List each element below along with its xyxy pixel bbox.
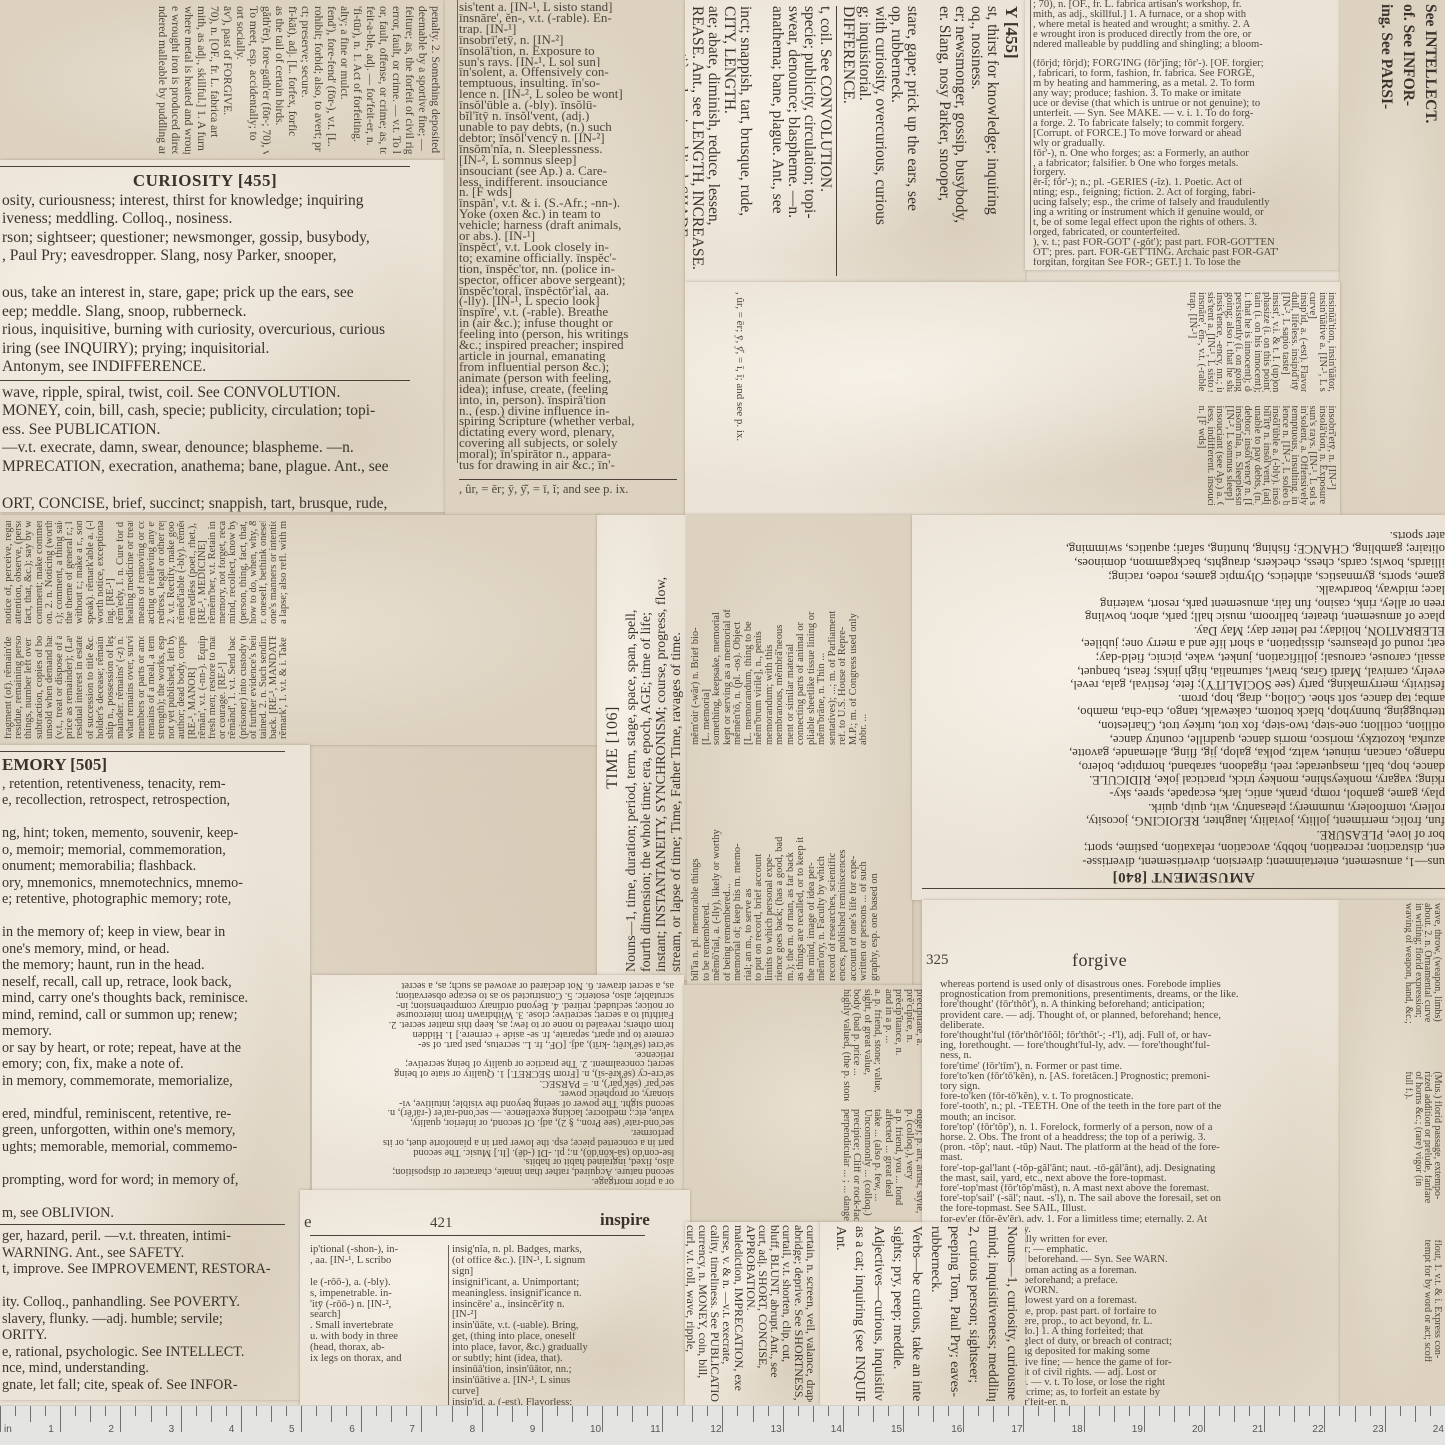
ruler-tick: [1219, 1406, 1220, 1416]
text-line: whereas portend is used only of disastro…: [940, 980, 1340, 990]
ruler-tick: [436, 1406, 437, 1416]
text-line: memorial of; keep his m. memo-: [733, 755, 744, 981]
text-line: less, indifferent. insouciance: [1206, 406, 1215, 506]
text-line: animate (person with feeling,: [459, 373, 677, 384]
text-line: rĕm'edlĕss (poet., rhet.), aa.: [188, 521, 198, 624]
text-line: fact, that, &c.); say by way of: [24, 521, 34, 624]
text-line: Nouns—1, time, duration; period, term, s…: [624, 523, 639, 972]
text-line: or courage. [RE-¹]: [218, 636, 228, 739]
text-line: rience goes back; (has a good, bad: [775, 755, 786, 981]
text-line: bluff, BLUNT, abrupt. Ant., see: [769, 1225, 781, 1402]
time-entries: Nouns—1, time, duration; period, term, s…: [624, 523, 684, 972]
flourish-entries: wave, throw, (weapon, limbs)about. 2. n.…: [1342, 903, 1442, 1402]
text-line: curve]: [452, 1387, 652, 1398]
text-line: op, rubberneck.: [889, 6, 905, 276]
text-line: moral); īn'spirātor n., appara-: [459, 449, 677, 460]
text-line: assail, carouse, carousal; jollification…: [922, 651, 1445, 665]
ruler-tick: [1264, 1406, 1265, 1432]
text-line: insip'id, a. (-est). Flavorless;: [1299, 292, 1308, 392]
dictionary-collage: penalty. 2. Something depositeddeemable …: [0, 0, 1445, 1405]
text-line: members or parts or amount (the: [137, 636, 147, 739]
text-line: temptuous, insulting. in'so-: [1290, 406, 1299, 506]
pronunciation-footer: , ûr, = ēr; ȳ, ȳ̆, = ī, ĭ; and see p. ix…: [459, 483, 677, 496]
text-line: mĕmō'rĭal, a. (-lly), likely or worthy: [712, 755, 723, 981]
ruler-tick: [301, 1406, 302, 1432]
ruler-tick: [391, 1406, 392, 1422]
text-line: or notice; secluded; retired. 4. Beyond …: [316, 1000, 674, 1010]
text-line: fore'-top'mast (fōr'tŏp'măst), n. A mast…: [940, 1184, 1340, 1194]
text-line: also, fixed, ingrained habit or habits.: [316, 1157, 674, 1167]
text-line: Nouns—1, curiosity, curiousness;: [1002, 1226, 1021, 1401]
ruler-label: 3: [169, 1424, 175, 1435]
text-line: second nature. Acquired, rather than inn…: [316, 1166, 674, 1176]
text-line: game, sports, gymnastics, athletics, Oly…: [922, 569, 1445, 583]
text-line: Faithful to a secret; secretive; close. …: [316, 1010, 674, 1020]
text-line: acting or relieving any evil,: [147, 521, 157, 624]
text-line: sec'ond-rate' (see Pron., § 2), adj. Of …: [316, 1117, 674, 1127]
text-line: tterbugging, bunnyhop, black bottom, cak…: [922, 705, 1445, 719]
text-line: or abs.). [IN-¹]: [459, 231, 677, 242]
text-line: (of office &c.). [IN-¹, L signum: [452, 1256, 652, 1267]
text-line: tion, īnspĕc'tor, nn. (police in-: [459, 264, 677, 275]
ruler-label: 19: [1132, 1424, 1143, 1435]
text-line: nting; esp., feigning; fiction. 2. Act o…: [1033, 188, 1340, 198]
text-line: e, rational, psychologic. See INTELLECT.: [2, 1344, 310, 1361]
text-line: a forge. 2. To fabricate falsely; to com…: [1033, 119, 1340, 129]
text-line: (Mus.) florid passage, extempo-: [1432, 1071, 1442, 1233]
running-head: forgive: [1072, 950, 1127, 971]
text-line: sentatives); ...; m. of Parliament: [828, 519, 839, 745]
measuring-ruler: in 1234567891011121314151617181920212223…: [0, 1405, 1445, 1445]
text-line: wave, ripple, spiral, twist, coil. See C…: [2, 384, 422, 403]
text-line: on. 2. n. Noticing (worthy of: [45, 521, 55, 624]
ruler-tick: [286, 1406, 287, 1416]
secret-entries: or a prior mortgage.second nature. Acqui…: [316, 980, 674, 1186]
text-line: n., (esp.) divine influence in-: [459, 406, 677, 417]
text-line: se'cret (sē'krĕt; -krĭt), adj. [OF., fr.…: [316, 1039, 674, 1049]
text-line: spiring Scripture (whether verbal,: [459, 416, 677, 427]
text-line: mith, as adj., skillful.] 1. A furn: [194, 6, 207, 154]
text-line: insŏl'ūble a. (-bly). insŏlū-: [1271, 406, 1280, 506]
text-line: fōr'-), n. One who forges; as: a Formerl…: [1033, 149, 1340, 159]
ruler-tick: [196, 1406, 197, 1416]
text-line: īnspĕc'toral, īnspĕctōr'ial, aa.: [459, 286, 677, 297]
left-running-head: e: [304, 1212, 312, 1232]
text-line: mĕmĕn'tō, n. (pl. -os). Object: [733, 519, 744, 745]
running-head: inspire: [600, 1210, 650, 1230]
top-rule: [0, 751, 285, 752]
text-line: er; newsmonger, gossip, busybody,: [953, 6, 969, 276]
text-line: ater sports.: [922, 528, 1445, 542]
text-line: p. (colloq.), very: [904, 1109, 915, 1221]
ruler-tick: [888, 1406, 889, 1416]
text-line: īnsŏm'nĭa, n. Sleeplessness.: [459, 144, 677, 155]
text-line: peeping Tom, Paul Pry; eaves-: [945, 1226, 964, 1401]
text-line: emory; con, fix, make a note of.: [2, 1056, 310, 1073]
text-line: fore'thought'ful (fōr'thôt'fŏŏl; fōr'thô…: [940, 1031, 1340, 1041]
text-line: insnāre', ĕn-, v.t. (-rable). En-: [1197, 292, 1206, 392]
insipid-entries: insinūā'tion, insin'ūātor, nn.;insin'ūāt…: [746, 292, 1336, 505]
text-line: holder's decease; rĕmain'der: [96, 636, 106, 739]
ruler-tick: [1038, 1406, 1039, 1416]
ruler-tick: [90, 1406, 91, 1422]
text-line: ing a writing or instrument which if gen…: [1033, 208, 1340, 218]
text-line: rĕmĕm'ber, v.t. Retain in the: [208, 521, 218, 624]
text-line: not yet published, left by an: [167, 636, 177, 739]
text-line: fore'thought' (fōr'thôt'), n. A thinking…: [940, 1000, 1340, 1010]
text-line: of. See INFOR-: [1397, 4, 1419, 516]
ruler-label: 18: [1072, 1424, 1083, 1435]
text-line: insist', v.i. & t. I. (up)on: em-: [1271, 292, 1280, 392]
curiosity-rotated-text: Y [455] st, thirst for knowledge; inquir…: [685, 0, 1025, 282]
text-line: dance, hop, ball, masquerade; reel, riga…: [922, 759, 1445, 773]
ruler-tick: [0, 1406, 1, 1432]
text-line: get, (thing into place, oneself: [452, 1332, 652, 1343]
text-line: strength); the works, esp. those: [157, 636, 167, 739]
ruler-label: 10: [590, 1424, 601, 1435]
ruler-tick: [677, 1406, 678, 1416]
text-line: in memory, commemorate, memorialize,: [2, 1073, 310, 1090]
ruler-tick: [1084, 1406, 1085, 1432]
text-line: secret; concealment. 2. The practice or …: [316, 1059, 674, 1069]
text-line: cality, timeliness. See PUBLICATION: [709, 1225, 721, 1402]
ruler-tick: [346, 1406, 347, 1416]
text-line: sun's rays. [IN-¹, L sol sun]: [459, 57, 677, 68]
text-line: mainder. rĕmains' (-z) n. pl.: [116, 636, 126, 739]
text-line: [IN-², L somnus sleep]: [459, 155, 677, 166]
right-edge-rotated-page: See INTELLECT.of. See INFOR-ing. See PAR…: [1340, 0, 1445, 520]
text-line: bĭl'ĭtȳ n. īnsŏl'vent, (adj.): [459, 111, 677, 122]
ruler-tick: [1415, 1406, 1416, 1422]
ruler-tick: [918, 1406, 919, 1416]
text-line: phasize (i. on this point); main-: [1262, 292, 1271, 392]
section-rule: [0, 1224, 285, 1225]
text-line: ct; preserve; secure.: [298, 6, 311, 154]
ruler-tick: [421, 1406, 422, 1432]
text-line: ort socially.: [233, 6, 246, 154]
remainder-rotated-text: fragment (of). rĕmain'der n.residue, rem…: [0, 515, 600, 745]
text-line: stream, or lapse of time; Time, Father T…: [669, 523, 684, 972]
text-line: the theme of general r.; let it pass: [65, 521, 75, 624]
text-line: remains of a meal, a temple, one's: [147, 636, 157, 739]
text-line: deemable by a sportive fine; — hence: [415, 6, 428, 154]
text-line: specie; publicity, circulation; topi-: [802, 6, 818, 276]
text-line: insin'ūāte, v.t. (-uable). Bring,: [452, 1321, 652, 1332]
ruler-label: 9: [530, 1424, 536, 1435]
text-line: of succession to title &c. on: [86, 636, 96, 739]
text-line: bor of love, PLEASURE.: [922, 827, 1445, 841]
text-line: (-lly). [IN-¹, L specio look]: [459, 296, 677, 307]
text-line: mind; inquisitiveness; meddling.: [983, 1226, 1002, 1401]
curiosity-rotated-page: Y [455] st, thirst for knowledge; inquir…: [685, 0, 1025, 282]
text-line: trap. [IN-¹]: [1187, 292, 1196, 392]
ruler-tick: [722, 1406, 723, 1432]
ruler-tick: [572, 1406, 573, 1422]
text-line: a lapse; also refl. with me, him,: [279, 521, 289, 624]
nouns-curiosity-rotated-text: Nouns—1, curiosity, curiousness;mind; in…: [820, 1222, 1025, 1405]
text-line: debtor; īnsŏl'vencȳ n. [IN-²]: [459, 133, 677, 144]
text-line: in writing; florid expression;: [1413, 903, 1423, 1065]
text-line: error, fault, or crime. — v.t. To lose: [389, 6, 402, 154]
text-line: amba; tap dance, soft shoe. Colloq., dra…: [922, 691, 1445, 705]
text-line: back. [RE-¹, MANDATE]: [269, 636, 279, 739]
text-line: (v.t., treat or dispose of at low: [55, 636, 65, 739]
ruler-label: 7: [409, 1424, 415, 1435]
text-line: [754, 6, 770, 276]
text-line: [L. memorandum, thing to be: [744, 519, 755, 745]
ruler-tick: [1355, 1406, 1356, 1422]
text-line: t, be of some legal effect upon the righ…: [1033, 218, 1340, 228]
text-line: ORITY.: [2, 1327, 310, 1344]
text-line: to; examine officially. īnspĕc'-: [459, 253, 677, 264]
ruler-tick: [1129, 1406, 1130, 1416]
text-line: play, game, gambol, romp, prank, antic, …: [922, 786, 1445, 800]
ruler-tick: [1385, 1406, 1386, 1432]
ruler-tick: [1279, 1406, 1280, 1416]
text-line: article in journal, emanating: [459, 351, 677, 362]
ruler-tick: [1430, 1406, 1431, 1416]
text-line: [2, 809, 310, 826]
text-line: sun's rays. [IN-¹, L sol sun]: [1308, 406, 1317, 506]
text-line: ess. See PUBLICATION.: [2, 421, 422, 440]
ruler-tick: [30, 1406, 31, 1422]
ruler-tick: [241, 1406, 242, 1432]
text-line: green, unforgotten, within one's memory,: [2, 1122, 310, 1139]
ruler-tick: [798, 1406, 799, 1416]
text-line: iring (see INQUIRY); prying; inquisitori…: [2, 340, 422, 359]
column-rule: [457, 0, 458, 463]
text-line: penalty. 2. Something deposited: [428, 6, 441, 154]
text-line: insouciant (see Ap.) a. Care-: [459, 166, 677, 177]
text-line: ix legs on thorax, and: [310, 1354, 445, 1365]
text-line: insin'ūātive a. [IN-¹, L sinus: [1317, 292, 1326, 392]
text-line: m by heating and hammering, as a metal. …: [1033, 79, 1340, 89]
forfeit-rotated-page: penalty. 2. Something depositeddeemable …: [0, 0, 445, 160]
text-line: ship n., possession of legal re-: [106, 636, 116, 739]
text-line: ughts; memorable, memorial, commemo-: [2, 1139, 310, 1156]
text-line: u. with body in three: [310, 1332, 445, 1343]
text-line: o, memoir; memorial, commemoration,: [2, 842, 310, 859]
text-line: record of researches, scientific: [828, 755, 839, 981]
text-line: scrutable; also, esoteric. 5. Constructe…: [316, 990, 674, 1000]
text-line: mĕm'brāne, n. Thin ...: [817, 519, 828, 745]
text-line: [2, 476, 422, 495]
ruler-tick: [617, 1406, 618, 1416]
ruler-tick: [1099, 1406, 1100, 1416]
text-line: full f.).: [1404, 1071, 1414, 1233]
text-line: illiards, bowls; cards, chess, checkers,…: [922, 555, 1445, 569]
insipid-rotated-text: insinūā'tion, insin'ūātor, nn.;insin'ūāt…: [685, 282, 1340, 515]
text-line: e wrought iron is produced direct: [168, 6, 181, 154]
text-line: bĭl'ĭa n. pl. memorable things: [691, 755, 702, 981]
text-line: mĕm'brum virile], n., penis: [754, 519, 765, 745]
text-line: graphy, esp. one based on: [870, 755, 881, 981]
text-line: [2, 266, 422, 285]
text-line: n. [F wds]: [459, 187, 677, 198]
ruler-tick: [181, 1406, 182, 1432]
text-line: fī-kāt), adj. [L. forfex, forfic: [285, 6, 298, 154]
text-line: rious, inquisitive, burning with curiosi…: [2, 321, 422, 340]
memorial-rotated-text: bĭl'ĭa n. pl. memorable thingsto be reme…: [687, 515, 912, 985]
text-line: as things are recalled, or to keep it: [796, 755, 807, 981]
ruler-tick: [858, 1406, 859, 1416]
text-line: [Corrupt. of FORCE.] To move forward or …: [1033, 129, 1340, 139]
remainder-entries: fragment (of). rĕmain'der n.residue, rem…: [4, 521, 589, 739]
text-line: kept or serving as a memorial of: [723, 519, 734, 745]
text-line: inct; snappish, tart, brusque, rude,: [738, 6, 754, 276]
text-line: curse, v. & n. —v.t. execrate,: [721, 1225, 733, 1402]
ruler-tick: [482, 1406, 483, 1432]
text-line: sionary, or prophetic power.: [316, 1088, 674, 1098]
text-line: ndango, cancan, minuet, waltz, polka, ga…: [922, 746, 1445, 760]
text-line: Yoke (oxen &c.) in team to: [459, 209, 677, 220]
text-line: pliable sheetlike tissue lining or: [807, 519, 818, 745]
text-line: mind, carry one's thoughts back, reminis…: [2, 990, 310, 1007]
text-line: ory, mnemonics, mnemotechnics, mnemo-: [2, 875, 310, 892]
text-line: in'solent, a. Offensively con-: [1299, 406, 1308, 506]
text-line: how to do, when, why, &c., or abs.;: [249, 521, 259, 624]
text-line: of being remembered...: [723, 755, 734, 981]
text-line: unsold when demand has ceased: [45, 636, 55, 739]
text-line: lence n. [IN-², L soleo be wont]: [1280, 406, 1289, 506]
ruler-tick: [1400, 1406, 1401, 1416]
text-line: Antonym, see INDIFFERENCE.: [2, 358, 422, 377]
text-line: . Small invertebrate: [310, 1321, 445, 1332]
text-line: se'cre-cy (sē'krĕ-sĭ), n. [From SECRET.]…: [316, 1068, 674, 1078]
text-line: or say by heart, or rote; repeat, have a…: [2, 1040, 310, 1057]
text-line: rĕmănd', 1. v.t. Send back: [228, 636, 238, 739]
text-line: perpendicular ... ; ... dangerous: [841, 1109, 852, 1221]
right-edge-text: See INTELLECT.of. See INFOR-ing. See PAR…: [1340, 0, 1445, 520]
text-line: reticence.: [316, 1049, 674, 1059]
ruler-tick: [557, 1406, 558, 1416]
text-line: tory sign.: [940, 1082, 1340, 1092]
text-line: ate; abate, diminish, reduce, lessen,: [706, 6, 722, 276]
text-line: the mind, image of idea per-: [807, 755, 818, 981]
text-line: performer.: [316, 1127, 674, 1137]
ruler-tick: [737, 1406, 738, 1416]
text-line: ), v. t.; past FOR-GOT' (-gŏt'); past pa…: [1033, 238, 1340, 248]
secret-rotated: or a prior mortgage.second nature. Acqui…: [312, 975, 684, 1190]
text-line: unable to pay debts, (n.) such: [459, 122, 677, 133]
ruler-tick: [467, 1406, 468, 1416]
text-line: fore'-top-gal'lant (-tŏp-găl'ănt; naut. …: [940, 1164, 1340, 1174]
insist-column-page: sis'tent a. [IN-¹, L sisto stand]īnsnāre…: [445, 0, 685, 515]
text-line: rollery, tomfoolery, mummery; pleasantry…: [922, 800, 1445, 814]
text-line: [IN-², L sapio taste]: [1280, 292, 1289, 392]
ruler-tick: [843, 1406, 844, 1432]
ruler-tick: [1069, 1406, 1070, 1416]
ruler-label: 2: [108, 1424, 114, 1435]
text-line: 70), n. [OF., fr. L. fabrica art: [207, 6, 220, 154]
text-line: [2, 1393, 310, 1400]
text-line: speak). rĕmark'able a. (-bly): [86, 521, 96, 624]
text-line: bĭl'ĭtȳ n. insŏl'vent, (adj.): [1262, 406, 1271, 506]
ruler-tick: [226, 1406, 227, 1416]
text-line: a. p. friend, stone; value,: [872, 989, 883, 1101]
text-line: attention, observe, (person, thing,: [14, 521, 24, 624]
text-line: 'fi-tūr), n. 1. Act of forfeiting.: [350, 6, 363, 154]
text-line: membranous, mĕmbrā'neous: [775, 519, 786, 745]
text-line: memory, not forget, recall to: [218, 521, 228, 624]
ruler-tick: [1324, 1406, 1325, 1432]
ruler-tick: [707, 1406, 708, 1416]
ruler-tick: [662, 1406, 663, 1432]
time-heading: TIME [106]: [603, 523, 624, 972]
text-line: mith, as adj., skillful.] 1. A furnace, …: [1033, 10, 1340, 20]
curiosity-page: CURIOSITY [455] osity, curiousness; inte…: [0, 160, 445, 512]
ruler-tick: [1189, 1406, 1190, 1416]
text-line: fore'time' (fōr'tīm'), n. Former or past…: [940, 1062, 1340, 1072]
text-line: mind, recollect, know by heart,: [228, 521, 238, 624]
text-line: rubberneck.: [926, 1226, 945, 1401]
text-line: rized addition or prelude, fanfare: [1423, 1071, 1433, 1233]
precious-rotated-page: prē'cious (-shŭs), a., n., & adv.precipi…: [684, 985, 939, 1225]
see-references: See INTELLECT.of. See INFOR-ing. See PAR…: [1375, 4, 1441, 516]
text-line: residual interest in estate, right: [75, 636, 85, 739]
text-line: See INTELLECT.: [1419, 4, 1441, 516]
text-line: mĕm'ory, n. Faculty by which: [817, 755, 828, 981]
text-line: tained. 2. n. Such sending: [259, 636, 269, 739]
text-line: (head, thorax, ab-: [310, 1343, 445, 1354]
text-line: horse. 2. Obs. The front of a headdress;…: [940, 1133, 1340, 1143]
secret-page: or a prior mortgage.second nature. Acqui…: [312, 975, 684, 1190]
ruler-tick: [376, 1406, 377, 1416]
text-line: MONEY, coin, bill, cash, specie; publici…: [2, 402, 422, 421]
text-line: stare, gape; prick up the ears, see: [905, 6, 921, 276]
ruler-tick: [828, 1406, 829, 1416]
text-line: in (air &c.); infuse thought or: [459, 318, 677, 329]
text-line: trap. [IN-¹]: [459, 24, 677, 35]
text-line: precipice; Cliff or rock-face: [851, 1109, 862, 1221]
text-line: with curiosity, overcurious, curious: [873, 6, 889, 276]
ruler-tick: [1294, 1406, 1295, 1422]
text-line: m, see OBLIVION.: [2, 1205, 310, 1222]
text-line: M.P.; m. of Congress used only: [849, 519, 860, 745]
text-line: insin'ūātive a. [IN-¹, L sinus: [452, 1376, 652, 1387]
text-line: t, coil. See CONVOLUTION.: [818, 6, 834, 276]
text-line: flout, 1. v.t. & i. Express con-: [1432, 1240, 1442, 1402]
text-line: insobrī'etȳ, n. [IN-²]: [1327, 406, 1336, 506]
ruler-tick: [15, 1406, 16, 1416]
text-line: (pron. -tŏp'; naut. -tŭp) Naut. The plat…: [940, 1143, 1340, 1153]
text-line: ness, n.: [940, 1051, 1340, 1061]
text-line: otillion, cotillon; one-step, two-step, …: [922, 718, 1445, 732]
memorial-entries: bĭl'ĭa n. pl. memorable thingsto be reme…: [691, 519, 906, 981]
forfeit-rotated-text: penalty. 2. Something depositeddeemable …: [0, 0, 445, 160]
text-line: evelry, carnival, Mardi Gras, brawl, sat…: [922, 664, 1445, 678]
text-line: means of removing or counter-: [137, 521, 147, 624]
text-line: APPROBATION.: [745, 1225, 757, 1402]
text-line: going; also i. that he shall go).: [1224, 292, 1233, 392]
text-line: rohibit; forbid; also, to avert; pr: [311, 6, 324, 154]
insipid-rotated-page: insinūā'tion, insin'ūātor, nn.;insin'ūāt…: [685, 282, 1340, 515]
text-line: īnspăn', v.t. & i. (S.-Afr.; -nn-).: [459, 198, 677, 209]
curiosity-rotated-heading: Y [455]: [1001, 6, 1022, 276]
ruler-tick: [948, 1406, 949, 1416]
text-line: insip'id, a. (-est). Flavorless;: [452, 1398, 652, 1405]
text-line: as, a secret drawer. 6. Not declared or …: [316, 980, 674, 990]
text-line: ent, distraction; recreation, hobby, avo…: [922, 841, 1445, 855]
text-line: into place, favor, &c.) gradually: [452, 1343, 652, 1354]
text-line: wave, throw, (weapon, limbs): [1432, 903, 1442, 1065]
text-line: value, etc.; mediocre; lacking excellenc…: [316, 1108, 674, 1118]
text-line: in the memory of; keep in view, bear in: [2, 924, 310, 941]
curl-rotated-page: curtain, n. screen, veil, valance, drape…: [685, 1222, 820, 1405]
text-line: to be remembered.: [702, 755, 713, 981]
text-line: body (bad p. price ...: [851, 989, 862, 1101]
ruler-tick: [452, 1406, 453, 1422]
